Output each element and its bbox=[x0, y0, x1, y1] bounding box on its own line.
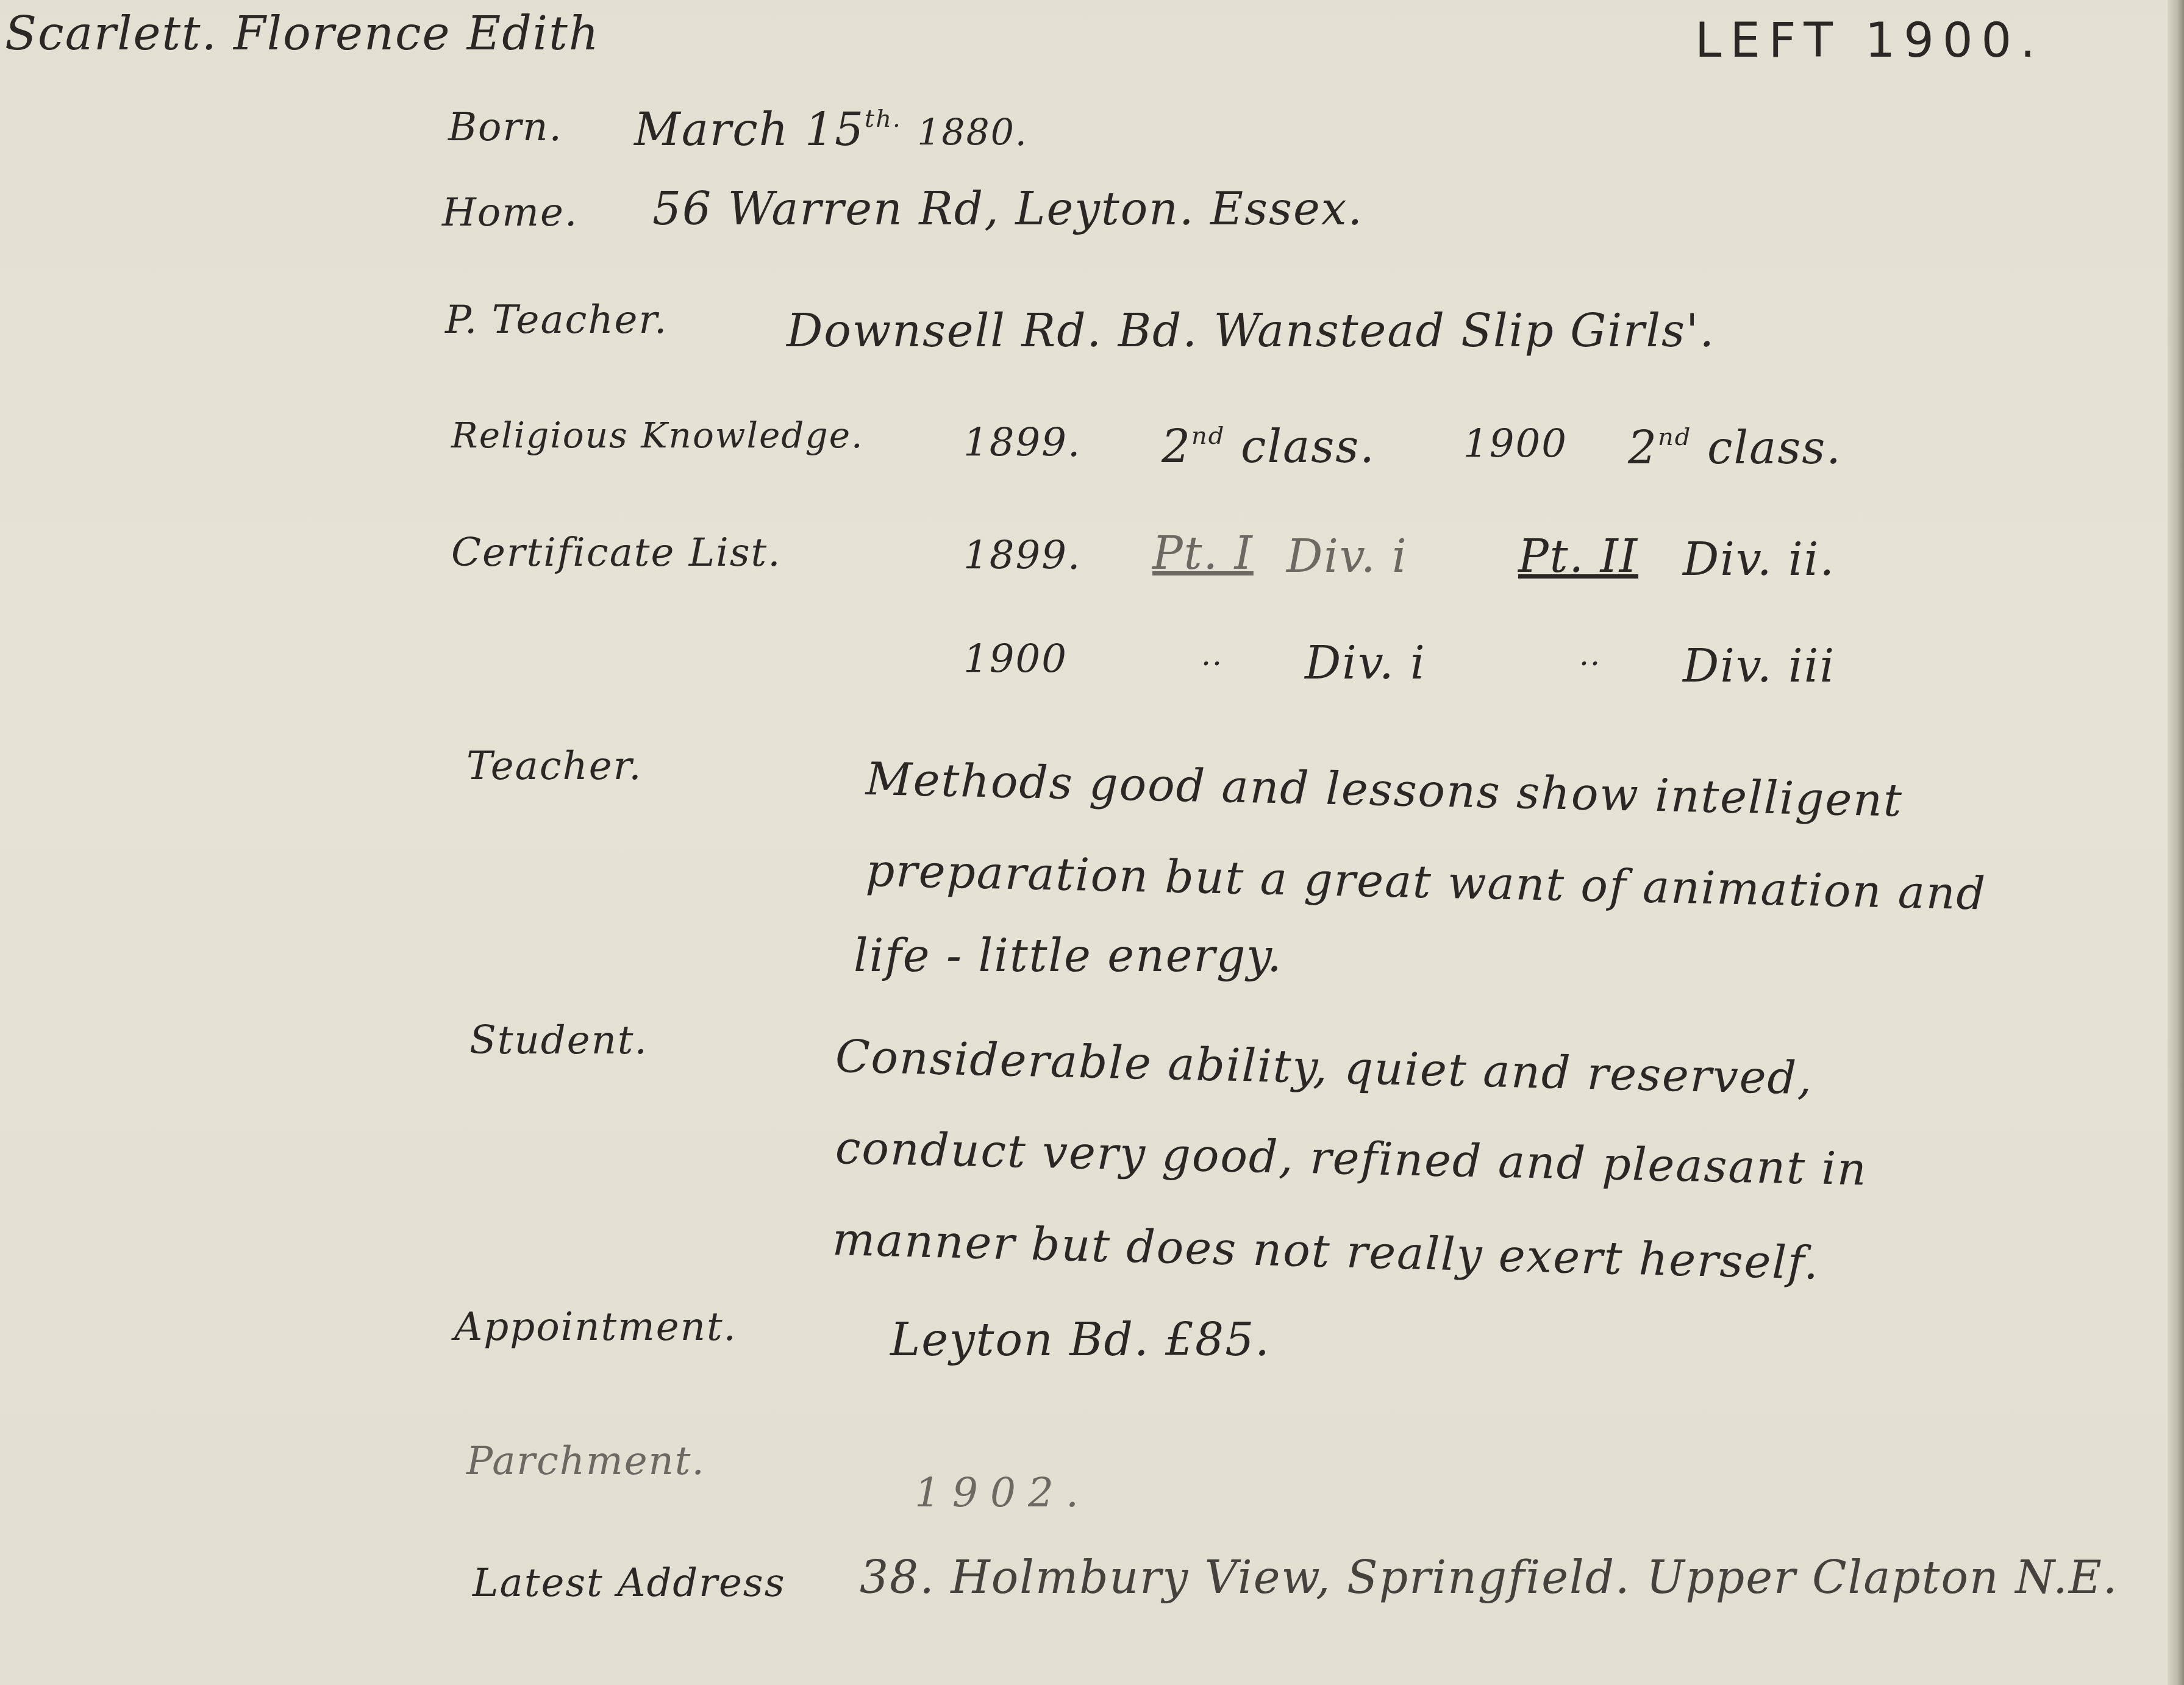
rk-1899-year: 1899. bbox=[963, 421, 1081, 466]
certificate-list-label: Certificate List. bbox=[451, 530, 782, 575]
rk-1899-class: 2nd class. bbox=[1162, 421, 1376, 473]
home-label: Home. bbox=[442, 190, 578, 235]
teacher-line-1: Methods good and lessons show intelligen… bbox=[865, 753, 1903, 827]
student-name: Scarlett. Florence Edith bbox=[5, 6, 600, 60]
left-status: LEFT 1900. bbox=[1695, 13, 2044, 68]
latest-address-value: 38. Holmbury View, Springfield. Upper Cl… bbox=[860, 1551, 2118, 1604]
cert-1899-div1: Div. i bbox=[1286, 530, 1408, 583]
rk-1900-year: 1900 bbox=[1463, 422, 1568, 467]
latest-address-label: Latest Address bbox=[473, 1561, 785, 1606]
born-label: Born. bbox=[448, 105, 563, 150]
cert-1899-part1: Pt. I bbox=[1152, 527, 1254, 580]
appointment-label: Appointment. bbox=[454, 1305, 737, 1350]
rk-1899-num: 2 bbox=[1162, 421, 1191, 473]
student-line-1: Considerable ability, quiet and reserved… bbox=[835, 1030, 1813, 1105]
cert-1900-part2-ditto: .. bbox=[1579, 637, 1601, 672]
rk-1900-class: 2nd class. bbox=[1628, 422, 1842, 474]
p-teacher-value: Downsell Rd. Bd. Wanstead Slip Girls'. bbox=[787, 305, 1715, 357]
rk-1899-text: class. bbox=[1241, 421, 1376, 473]
born-year: 1880. bbox=[917, 112, 1028, 154]
cert-1900-year: 1900 bbox=[963, 637, 1068, 682]
student-line-3: manner but does not really exert herself… bbox=[832, 1213, 1820, 1290]
born-date: March 15th. 1880. bbox=[634, 104, 1028, 156]
parchment-value: 1902. bbox=[915, 1469, 1091, 1516]
cert-1899-year: 1899. bbox=[963, 533, 1081, 579]
cert-1900-div2: Div. iii bbox=[1683, 640, 1835, 693]
parchment-label: Parchment. bbox=[466, 1439, 705, 1484]
teacher-label: Teacher. bbox=[466, 744, 643, 789]
cert-1900-part1-ditto: .. bbox=[1201, 637, 1223, 672]
religious-knowledge-label: Religious Knowledge. bbox=[451, 415, 863, 456]
cert-1900-div1: Div. i bbox=[1305, 637, 1426, 689]
born-date-suffix: th. bbox=[865, 105, 902, 133]
rk-1899-suffix: nd bbox=[1191, 422, 1225, 450]
cert-1899-part2: Pt. II bbox=[1518, 530, 1638, 583]
appointment-value: Leyton Bd. £85. bbox=[890, 1314, 1271, 1366]
record-page: Scarlett. Florence Edith LEFT 1900. Born… bbox=[0, 0, 2168, 1685]
born-date-main: March 15 bbox=[634, 104, 865, 156]
teacher-line-3: life - little energy. bbox=[854, 930, 1283, 982]
page-edge bbox=[2168, 0, 2184, 1685]
rk-1900-suffix: nd bbox=[1658, 423, 1691, 451]
student-line-1-text: Considerable ability, quiet and reserved… bbox=[835, 1030, 1813, 1105]
student-label: Student. bbox=[469, 1018, 648, 1063]
cert-1899-div2: Div. ii. bbox=[1683, 533, 1835, 586]
p-teacher-label: P. Teacher. bbox=[445, 297, 668, 343]
teacher-line-2: preparation but a great want of animatio… bbox=[865, 844, 1987, 920]
rk-1900-text: class. bbox=[1707, 422, 1842, 474]
home-value: 56 Warren Rd, Leyton. Essex. bbox=[652, 183, 1363, 235]
student-line-2: conduct very good, refined and pleasant … bbox=[835, 1122, 1868, 1195]
rk-1900-num: 2 bbox=[1628, 422, 1658, 474]
